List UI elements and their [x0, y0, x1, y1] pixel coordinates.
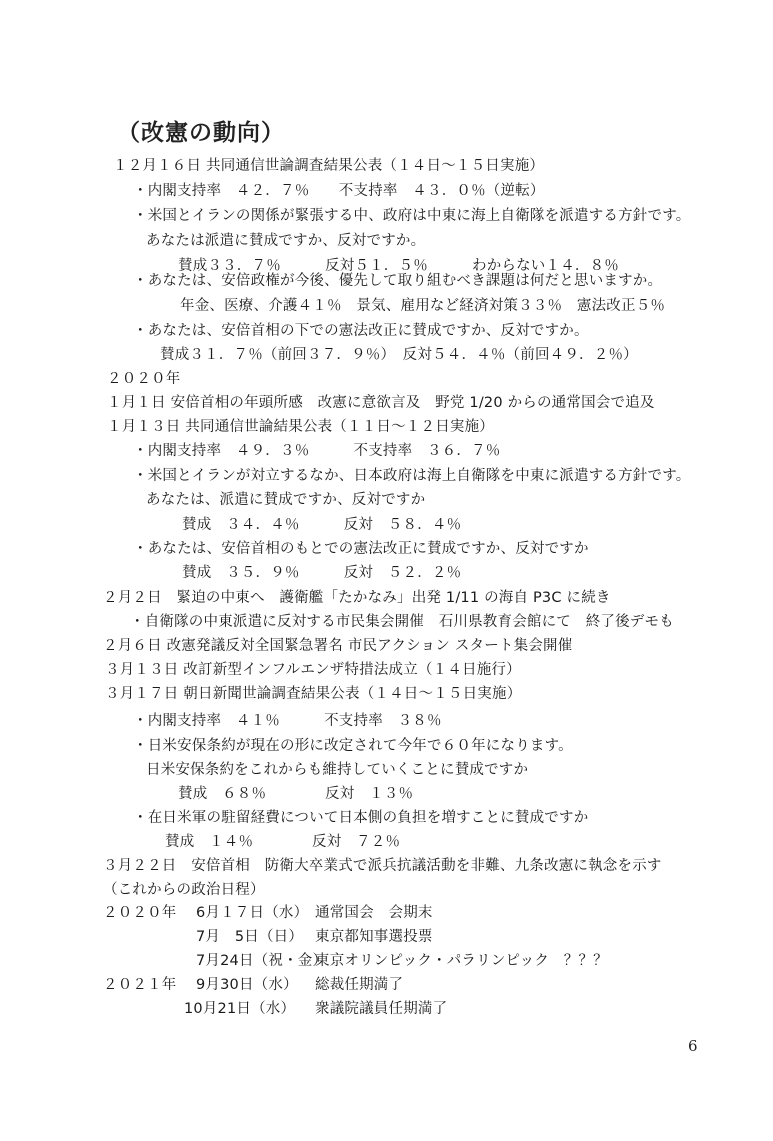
schedule-event: 東京都知事選投票: [315, 928, 433, 946]
schedule-date: 9月30日（水）: [196, 976, 298, 994]
text-line: 年金、医療、介護４１％ 景気、雇用など経済対策３３％ 憲法改正５％: [180, 297, 665, 315]
text-line: ３月１３日 改訂新型インフルエンザ特措法成立（１４日施行）: [105, 661, 521, 679]
text-line: ・米国とイランの関係が緊張する中、政府は中東に海上自衛隊を派遣する方針です。: [133, 207, 690, 225]
document-page: （改憲の動向） １２月１６日 共同通信世論調査結果公表（１４日～１５日実施）・内…: [0, 0, 773, 1141]
schedule-date: 10月21日（水）: [184, 1000, 295, 1018]
page-number: 6: [688, 1037, 698, 1055]
text-line: ・日米安保条約が現在の形に改定されて今年で６０年になります。: [133, 737, 573, 755]
schedule-event: 衆議院議員任期満了: [315, 1000, 447, 1018]
schedule-event: 東京オリンピック・パラリンピック ？？？: [315, 952, 608, 970]
text-line: ・あなたは、安倍政権が今後、優先して取り組むべき課題は何だと思いますか。: [133, 272, 662, 290]
text-line: ・あなたは、安倍首相のもとでの憲法改正に賛成ですか、反対ですか: [133, 540, 589, 558]
schedule-date: 7月 5日（日）: [196, 928, 303, 946]
section-title: （改憲の動向）: [117, 118, 285, 148]
text-line: ２月６日 改憲発議反対全国緊急署名 市民アクション スタート集会開催: [103, 637, 572, 655]
schedule-date: 7月24日（祝・金）: [196, 952, 327, 970]
text-line: 賛成 ３５．９％ 反対 ５２．２％: [182, 564, 461, 582]
text-line: ・内閣支持率 ４１％ 不支持率 ３８％: [133, 712, 442, 730]
text-line: あなたは、派遣に賛成ですか、反対ですか: [146, 491, 425, 509]
text-line: 賛成 １４％ 反対 ７２％: [165, 833, 400, 851]
schedule-date: 6月１７日（水）: [196, 904, 308, 922]
text-line: あなたは派遣に賛成ですか、反対ですか。: [146, 232, 425, 250]
text-line: ２０２０年: [107, 370, 181, 388]
text-line: （これからの政治日程）: [103, 881, 265, 899]
text-line: ３月２２日 安倍首相 防衛大卒業式で派兵抗議活動を非難、九条改憲に執念を示す: [103, 857, 662, 875]
text-line: １月１日 安倍首相の年頭所感 改憲に意欲言及 野党 1/20 からの通常国会で追…: [107, 394, 655, 412]
schedule-event: 総裁任期満了: [315, 976, 403, 994]
schedule-year: ２０２１年: [103, 976, 177, 994]
text-line: ・米国とイランが対立するなか、日本政府は海上自衛隊を中東に派遣する方針です。: [133, 467, 690, 485]
schedule-year: ２０２０年: [103, 904, 177, 922]
text-line: ３月１７日 朝日新聞世論調査結果公表（１４日～１５日実施）: [105, 685, 521, 703]
text-line: 日米安保条約をこれからも維持していくことに賛成ですか: [146, 761, 528, 779]
schedule-event: 通常国会 会期末: [315, 904, 433, 922]
text-line: １月１３日 共同通信世論結果公表（１１日～１２日実施）: [107, 418, 494, 436]
text-line: 賛成 ６８％ 反対 １３％: [178, 785, 413, 803]
text-line: ・在日米軍の駐留経費について日本側の負担を増すことに賛成ですか: [133, 809, 588, 827]
text-line: １２月１６日 共同通信世論調査結果公表（１４日～１５日実施）: [113, 157, 544, 175]
text-line: 賛成 ３４．４％ 反対 ５８．４％: [182, 516, 461, 534]
text-line: ２月２日 緊迫の中東へ 護衛艦「たかなみ」出発 1/11 の海自 P3C に続き: [103, 589, 611, 607]
text-line: ・内閣支持率 ４２．７％ 不支持率 ４３．０％（逆転）: [133, 182, 545, 200]
text-line: 賛成３１．７％（前回３７．９％） 反対５４．４％（前回４９．２％）: [160, 346, 638, 364]
text-line: ・あなたは、安倍首相の下での憲法改正に賛成ですか、反対ですか。: [133, 322, 589, 340]
text-line: ・自衛隊の中東派遣に反対する市民集会開催 石川県教育会館にて 終了後デモも: [130, 613, 674, 631]
text-line: ・内閣支持率 ４９．３％ 不支持率 ３６．７％: [133, 442, 501, 460]
